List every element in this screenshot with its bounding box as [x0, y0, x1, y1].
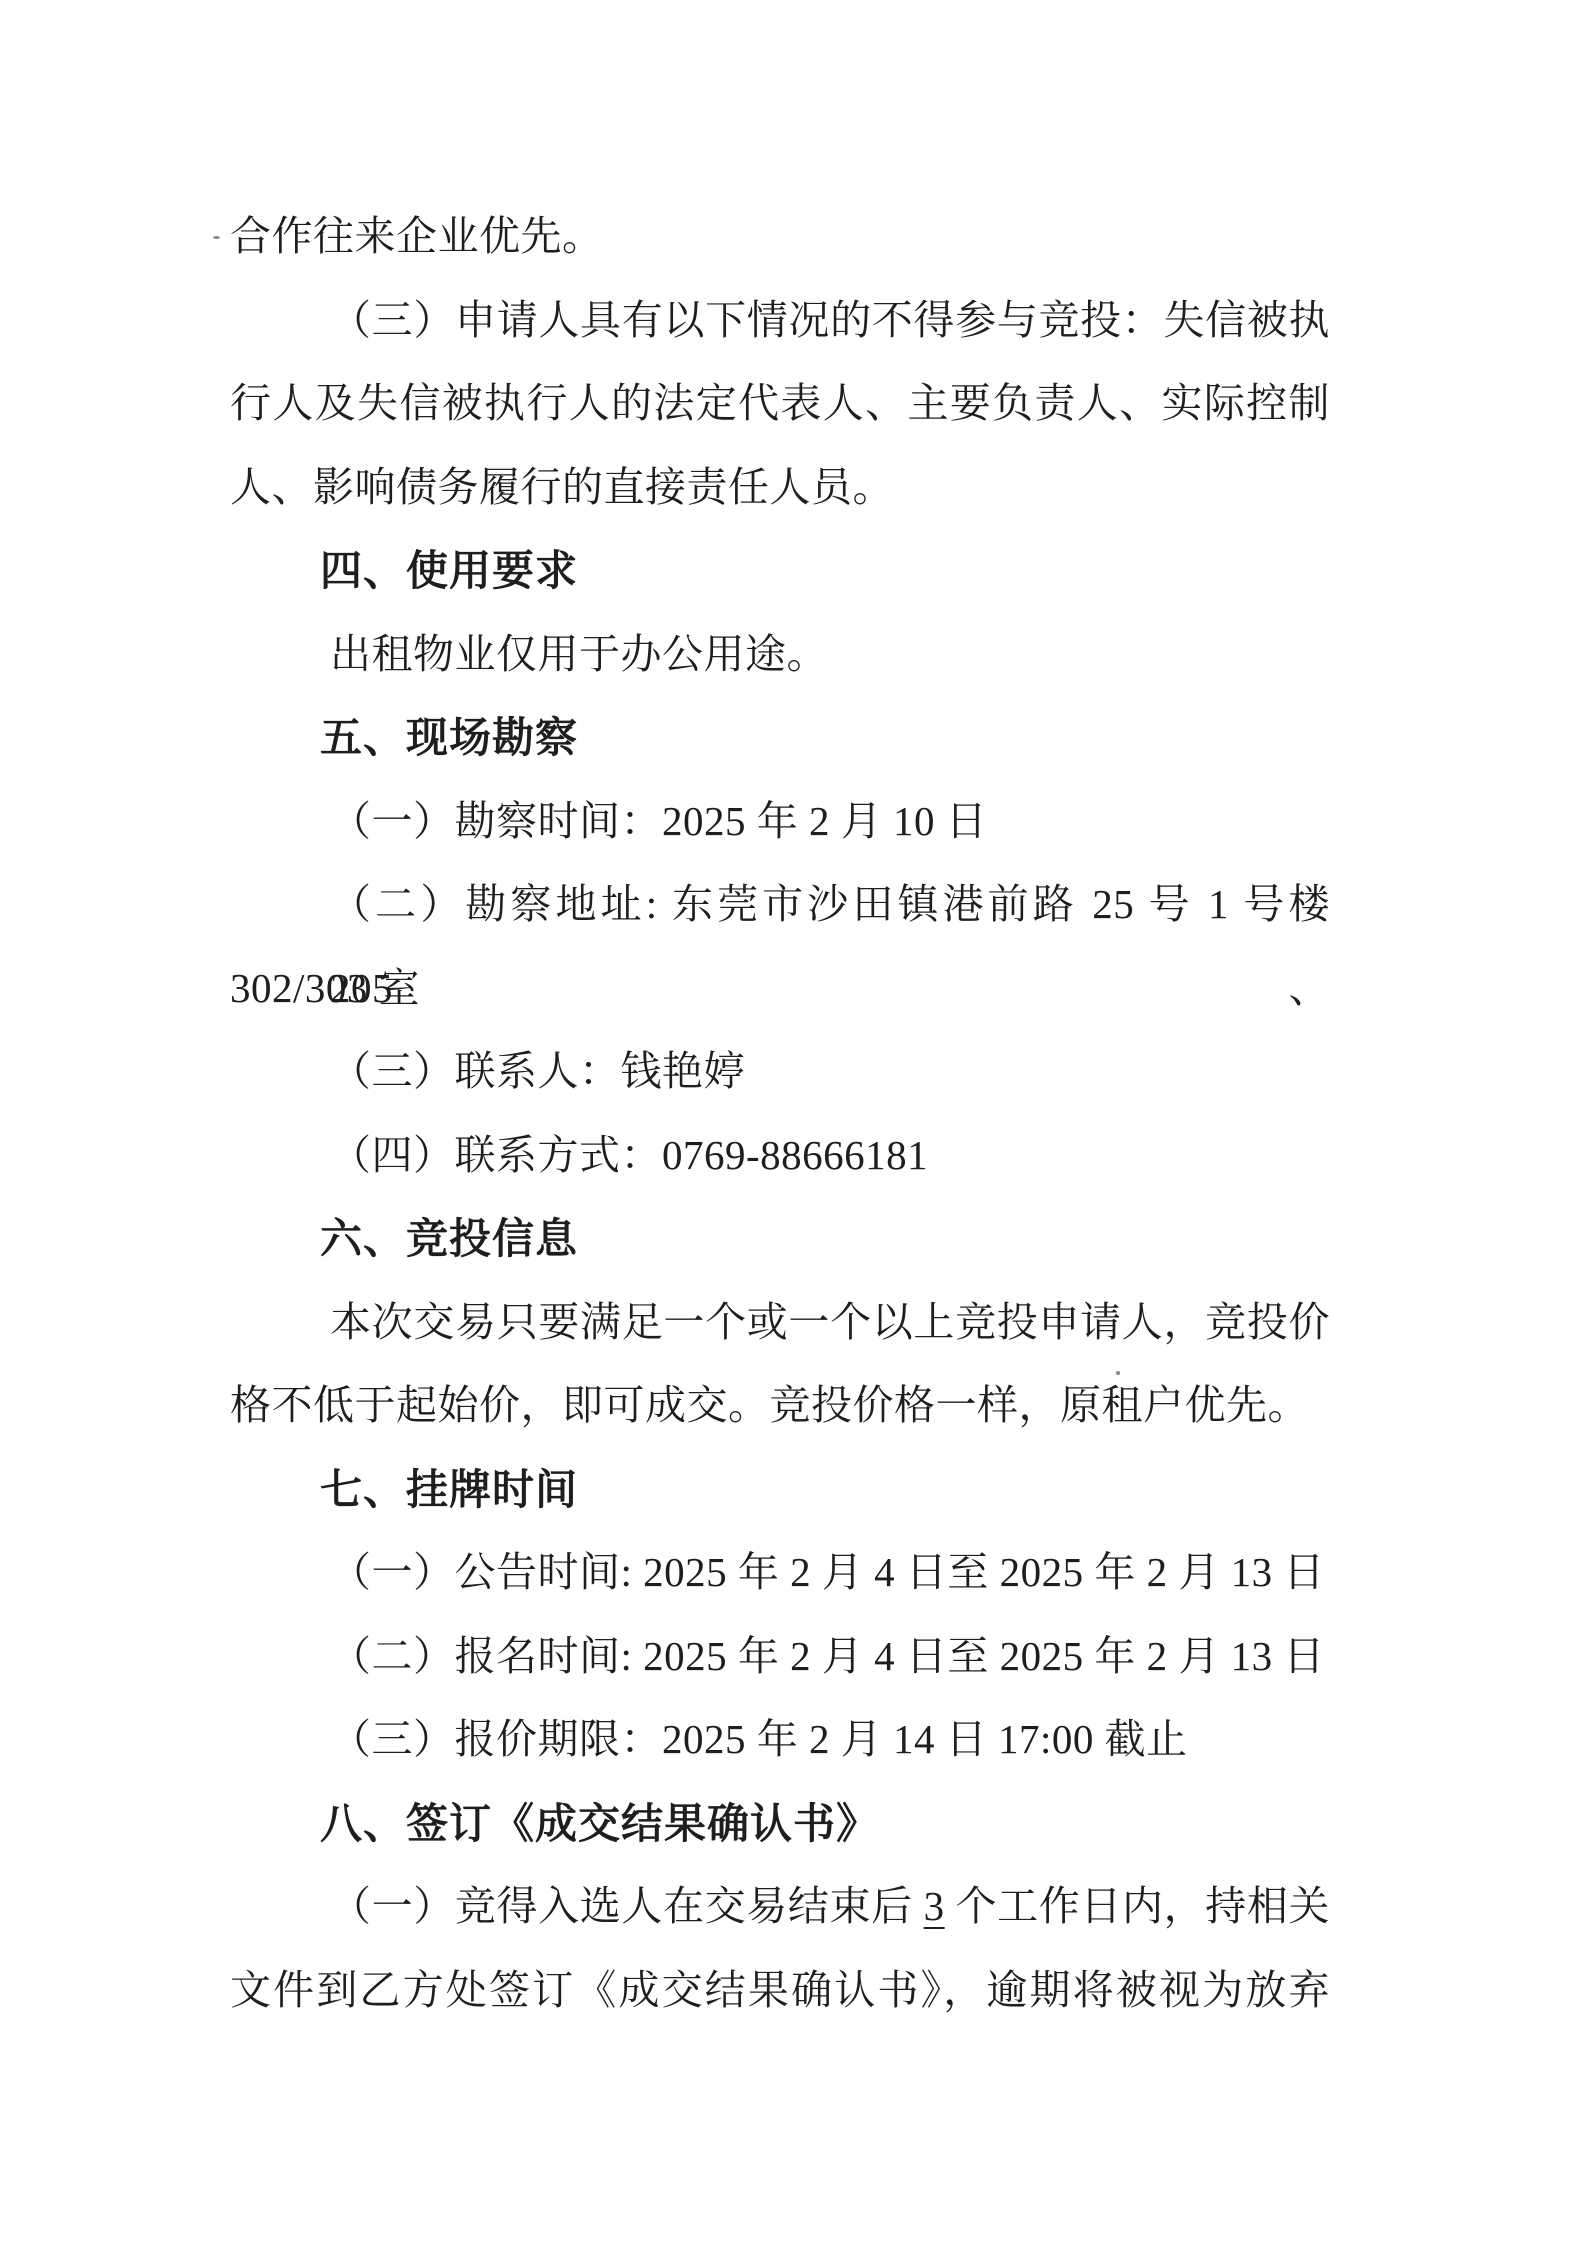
- text-segment: （一）公告时间: 2025 年 2 月 4 日至 2025 年 2 月 13 日: [330, 1549, 1325, 1595]
- document-line: 出租物业仅用于办公用途。: [230, 613, 1330, 697]
- document-line: 合作往来企业优先。: [230, 195, 1330, 279]
- document-line: （四）联系方式：0769-88666181: [230, 1114, 1330, 1198]
- document-page: 合作往来企业优先。（三）申请人具有以下情况的不得参与竞投：失信被执行人及失信被执…: [0, 0, 1588, 2245]
- text-segment: （二）勘察地址: 东莞市沙田镇港前路 25 号 1 号楼 205、: [330, 881, 1330, 1011]
- text-segment: 六、竞投信息: [320, 1215, 578, 1262]
- text-segment: 五、现场勘察: [320, 714, 578, 761]
- document-line: （一）勘察时间：2025 年 2 月 10 日: [230, 780, 1330, 864]
- document-line: （一）竞得入选人在交易结束后 3 个工作日内，持相关: [230, 1865, 1330, 1949]
- document-line: 本次交易只要满足一个或一个以上竞投申请人，竞投价: [230, 1281, 1330, 1365]
- document-line: （三）报价期限：2025 年 2 月 14 日 17:00 截止: [230, 1698, 1330, 1782]
- text-segment: （二）报名时间: 2025 年 2 月 4 日至 2025 年 2 月 13 日: [330, 1633, 1325, 1679]
- text-segment: （四）联系方式：0769-88666181: [330, 1132, 928, 1178]
- document-line: （一）公告时间: 2025 年 2 月 4 日至 2025 年 2 月 13 日: [230, 1531, 1330, 1615]
- text-segment: 个工作日内，持相关: [945, 1883, 1330, 1929]
- text-segment: 格不低于起始价，即可成交。竞投价格一样，原租户优先。: [230, 1382, 1309, 1428]
- document-line: （三）申请人具有以下情况的不得参与竞投：失信被执: [230, 279, 1330, 363]
- document-line: （二）勘察地址: 东莞市沙田镇港前路 25 号 1 号楼 205、: [230, 863, 1330, 947]
- underlined-text: 3: [924, 1883, 945, 1929]
- text-segment: 七、挂牌时间: [320, 1466, 578, 1513]
- text-segment: 行人及失信被执行人的法定代表人、主要负责人、实际控制: [230, 380, 1330, 426]
- text-segment: 出租物业仅用于办公用途。: [330, 631, 828, 677]
- text-segment: 四、使用要求: [320, 547, 578, 594]
- text-segment: 合作往来企业优先。: [230, 213, 604, 259]
- document-heading-line: 六、竞投信息: [230, 1197, 1330, 1281]
- text-segment: （三）报价期限：2025 年 2 月 14 日 17:00 截止: [330, 1716, 1188, 1762]
- document-body: 合作往来企业优先。（三）申请人具有以下情况的不得参与竞投：失信被执行人及失信被执…: [230, 195, 1330, 2032]
- document-line: 人、影响债务履行的直接责任人员。: [230, 446, 1330, 530]
- document-heading-line: 五、现场勘察: [230, 696, 1330, 780]
- text-segment: 本次交易只要满足一个或一个以上竞投申请人，竞投价: [330, 1299, 1330, 1345]
- document-heading-line: 四、使用要求: [230, 529, 1330, 613]
- document-heading-line: 七、挂牌时间: [230, 1448, 1330, 1532]
- document-line: 文件到乙方处签订《成交结果确认书》，逾期将被视为放弃: [230, 1949, 1330, 2033]
- text-segment: （一）勘察时间：2025 年 2 月 10 日: [330, 798, 987, 844]
- document-heading-line: 八、签订《成交结果确认书》: [230, 1782, 1330, 1866]
- scan-speck: [213, 236, 220, 239]
- document-line: 格不低于起始价，即可成交。竞投价格一样，原租户优先。: [230, 1364, 1330, 1448]
- text-segment: （三）联系人：钱艳婷: [330, 1048, 745, 1094]
- text-segment: 人、影响债务履行的直接责任人员。: [230, 464, 894, 510]
- text-segment: 八、签订《成交结果确认书》: [320, 1800, 879, 1847]
- text-segment: （一）竞得入选人在交易结束后: [330, 1883, 924, 1929]
- document-line: （二）报名时间: 2025 年 2 月 4 日至 2025 年 2 月 13 日: [230, 1615, 1330, 1699]
- document-line: 行人及失信被执行人的法定代表人、主要负责人、实际控制: [230, 362, 1330, 446]
- document-line: （三）联系人：钱艳婷: [230, 1030, 1330, 1114]
- scan-speck: [1116, 1371, 1120, 1375]
- text-segment: （三）申请人具有以下情况的不得参与竞投：失信被执: [330, 297, 1330, 343]
- text-segment: 文件到乙方处签订《成交结果确认书》，逾期将被视为放弃: [230, 1967, 1330, 2013]
- text-segment: 302/303 室: [230, 965, 420, 1011]
